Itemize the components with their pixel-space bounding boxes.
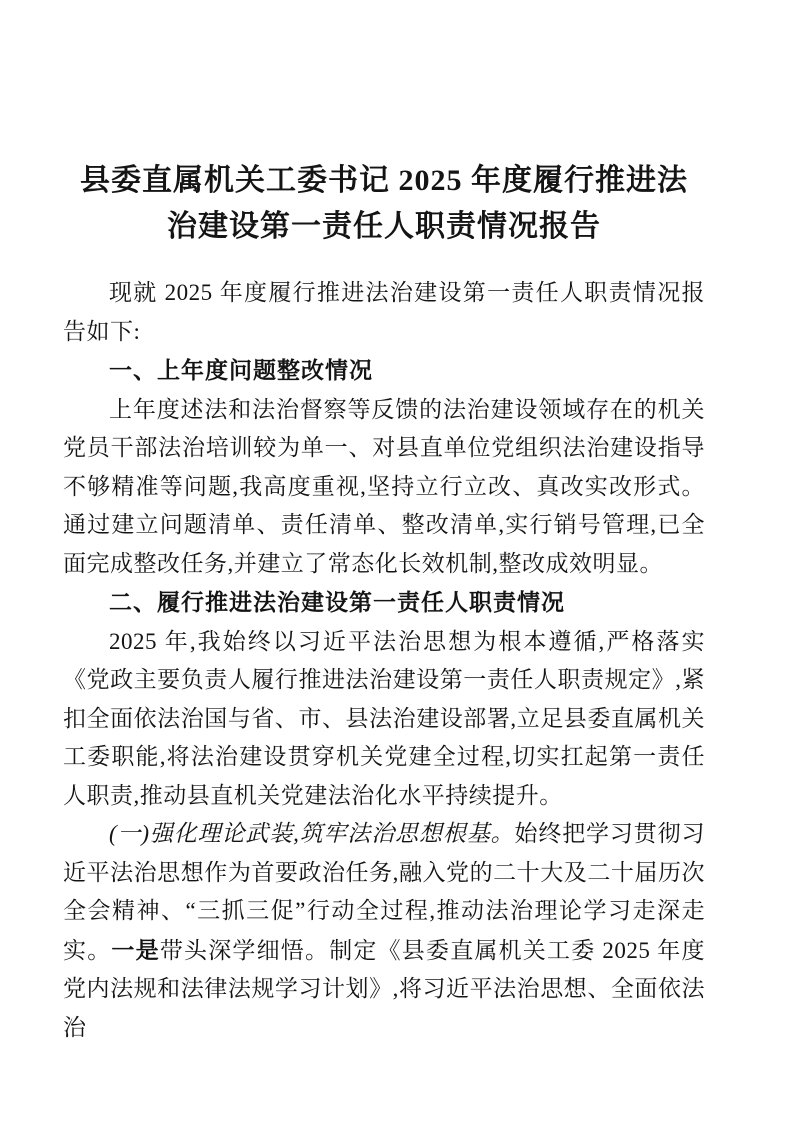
paragraph: 上年度述法和法治督察等反馈的法治建设领域存在的机关党员干部法治培训较为单一、对县…	[63, 391, 705, 584]
text-segment-hei: 二、履行推进法治建设第一责任人职责情况	[109, 589, 565, 615]
text-segment-normal: 带头深学细悟。制定《县委直属机关工委 2025 年度党内法规和法律法规学习计划》…	[63, 938, 705, 1040]
paragraph: (一)强化理论武装,筑牢法治思想根基。始终把学习贯彻习近平法治思想作为首要政治任…	[63, 815, 705, 1047]
paragraph: 2025 年,我始终以习近平法治思想为根本遵循,严格落实《党政主要负责人履行推进…	[63, 623, 705, 816]
text-segment-normal: 上年度述法和法治督察等反馈的法治建设领域存在的机关党员干部法治培训较为单一、对县…	[63, 397, 705, 576]
text-segment-kai: (一)强化理论武装,筑牢法治思想根基。	[109, 821, 514, 846]
document-title: 县委直属机关工委书记 2025 年度履行推进法治建设第一责任人职责情况报告	[63, 158, 705, 250]
document-page: 县委直属机关工委书记 2025 年度履行推进法治建设第一责任人职责情况报告 现就…	[0, 0, 800, 1131]
document-content: 县委直属机关工委书记 2025 年度履行推进法治建设第一责任人职责情况报告 现就…	[63, 158, 705, 1047]
text-segment-hei: 一、上年度问题整改情况	[109, 357, 373, 383]
section-heading: 一、上年度问题整改情况	[63, 351, 705, 391]
document-body: 现就 2025 年度履行推进法治建设第一责任人职责情况报告如下:一、上年度问题整…	[63, 274, 705, 1047]
paragraph: 现就 2025 年度履行推进法治建设第一责任人职责情况报告如下:	[63, 274, 705, 351]
text-segment-normal: 现就 2025 年度履行推进法治建设第一责任人职责情况报告如下:	[63, 280, 705, 344]
text-segment-normal: 2025 年,我始终以习近平法治思想为根本遵循,严格落实《党政主要负责人履行推进…	[63, 629, 705, 808]
section-heading: 二、履行推进法治建设第一责任人职责情况	[63, 583, 705, 623]
text-segment-bold: 一是	[111, 937, 159, 963]
